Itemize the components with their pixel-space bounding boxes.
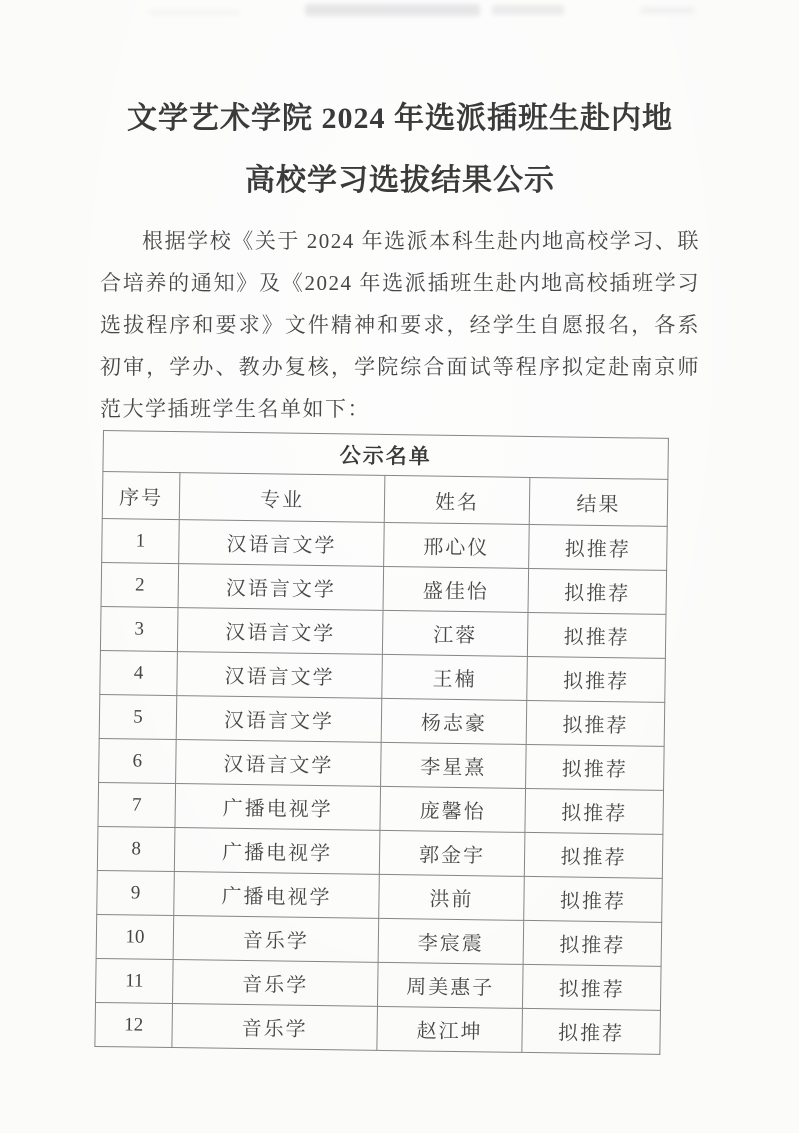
name-cell: 江蓉 (382, 610, 528, 656)
major-cell: 汉语言文学 (178, 564, 384, 611)
row-index-cell: 7 (98, 782, 176, 827)
result-cell: 拟推荐 (523, 920, 662, 966)
name-cell: 杨志豪 (381, 698, 527, 744)
document-title-line-1: 文学艺术学院 2024 年选派插班生赴内地 (100, 88, 700, 150)
document-title: 文学艺术学院 2024 年选派插班生赴内地 高校学习选拔结果公示 (100, 88, 700, 212)
column-header-index: 序号 (102, 472, 180, 520)
table-header-row: 序号专业姓名结果 (102, 472, 668, 527)
table-row: 10音乐学李宸震拟推荐 (96, 914, 662, 966)
name-cell: 周美惠子 (377, 962, 523, 1008)
major-cell: 汉语言文学 (176, 696, 382, 743)
row-index-cell: 10 (96, 914, 174, 959)
table-row: 3汉语言文学江蓉拟推荐 (100, 606, 666, 658)
name-cell: 赵江坤 (377, 1006, 523, 1052)
major-cell: 汉语言文学 (176, 740, 382, 787)
table-row: 9广播电视学洪前拟推荐 (97, 870, 663, 922)
result-cell: 拟推荐 (526, 744, 665, 790)
major-cell: 广播电视学 (174, 872, 380, 919)
bleed-through-artifact (150, 10, 240, 15)
name-cell: 洪前 (379, 874, 525, 920)
row-index-cell: 4 (100, 650, 178, 695)
table-row: 12音乐学赵江坤拟推荐 (95, 1002, 661, 1054)
table-row: 4汉语言文学王楠拟推荐 (100, 650, 666, 702)
row-index-cell: 12 (95, 1002, 173, 1047)
table-row: 6汉语言文学李星熹拟推荐 (99, 738, 665, 790)
roster-table: 公示名单 序号专业姓名结果 1汉语言文学邢心仪拟推荐2汉语言文学盛佳怡拟推荐3汉… (94, 430, 669, 1055)
major-cell: 音乐学 (172, 960, 378, 1007)
major-cell: 广播电视学 (175, 784, 381, 831)
table-row: 5汉语言文学杨志豪拟推荐 (99, 694, 665, 746)
result-cell: 拟推荐 (528, 568, 667, 614)
row-index-cell: 8 (97, 826, 175, 871)
name-cell: 邢心仪 (384, 522, 530, 568)
bleed-through-artifact (640, 7, 695, 14)
table-row: 7广播电视学庞馨怡拟推荐 (98, 782, 664, 834)
name-cell: 王楠 (382, 654, 528, 700)
column-header-result: 结果 (529, 477, 668, 526)
major-cell: 音乐学 (173, 916, 379, 963)
row-index-cell: 11 (96, 958, 174, 1003)
column-header-major: 专业 (179, 473, 385, 523)
table-row: 2汉语言文学盛佳怡拟推荐 (101, 562, 667, 614)
row-index-cell: 6 (99, 738, 177, 783)
table-row: 11音乐学周美惠子拟推荐 (96, 958, 662, 1010)
bleed-through-artifact (305, 4, 480, 16)
row-index-cell: 9 (97, 870, 175, 915)
name-cell: 李星熹 (381, 742, 527, 788)
table-row: 8广播电视学郭金宇拟推荐 (97, 826, 663, 878)
major-cell: 音乐学 (172, 1004, 378, 1051)
name-cell: 李宸震 (378, 918, 524, 964)
major-cell: 汉语言文学 (177, 652, 383, 699)
intro-paragraph: 根据学校《关于 2024 年选派本科生赴内地高校学习、联合培养的通知》及《202… (100, 220, 700, 430)
result-cell: 拟推荐 (522, 964, 661, 1010)
name-cell: 庞馨怡 (380, 786, 526, 832)
table-body: 1汉语言文学邢心仪拟推荐2汉语言文学盛佳怡拟推荐3汉语言文学江蓉拟推荐4汉语言文… (95, 518, 667, 1054)
row-index-cell: 1 (102, 518, 180, 563)
result-cell: 拟推荐 (524, 832, 663, 878)
bleed-through-artifact (492, 5, 564, 15)
row-index-cell: 5 (99, 694, 177, 739)
row-index-cell: 3 (100, 606, 178, 651)
result-cell: 拟推荐 (522, 1008, 661, 1054)
result-cell: 拟推荐 (527, 656, 666, 702)
scanned-document-page: 文学艺术学院 2024 年选派插班生赴内地 高校学习选拔结果公示 根据学校《关于… (0, 0, 799, 1133)
result-cell: 拟推荐 (527, 612, 666, 658)
table-row: 1汉语言文学邢心仪拟推荐 (102, 518, 668, 570)
major-cell: 广播电视学 (174, 828, 380, 875)
major-cell: 汉语言文学 (179, 520, 385, 567)
row-index-cell: 2 (101, 562, 179, 607)
result-cell: 拟推荐 (526, 700, 665, 746)
name-cell: 郭金宇 (379, 830, 525, 876)
document-title-line-2: 高校学习选拔结果公示 (100, 150, 700, 212)
column-header-name: 姓名 (384, 475, 530, 524)
name-cell: 盛佳怡 (383, 566, 529, 612)
result-cell: 拟推荐 (529, 524, 668, 570)
result-cell: 拟推荐 (524, 876, 663, 922)
major-cell: 汉语言文学 (177, 608, 383, 655)
result-cell: 拟推荐 (525, 788, 664, 834)
